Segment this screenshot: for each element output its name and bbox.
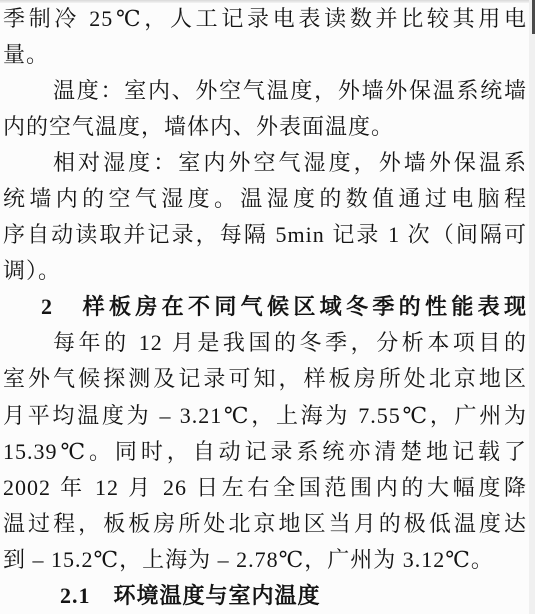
section-2-heading: 2 样板房在不同气候区域冬季的性能表现 — [0, 289, 535, 325]
body-line: 到 – 15.2℃，上海为 – 2.78℃，广州为 3.12℃。 — [0, 542, 535, 578]
text-block: 季制冷 25℃，人工记录电表读数并比较其用电 量。 温度：室内、外空气温度，外墙… — [0, 1, 535, 614]
body-line: 序自动读取并记录，每隔 5min 记录 1 次（间隔可 — [0, 217, 535, 253]
body-line: 月平均温度为 – 3.21℃，上海为 7.55℃，广州为 — [0, 398, 535, 434]
body-line: 相对湿度：室内外空气湿度，外墙外保温系 — [0, 145, 535, 181]
body-line: 调）。 — [0, 253, 535, 289]
body-line: 每年的 12 月是我国的冬季，分析本项目的 — [0, 325, 535, 361]
body-line: 内的空气温度，墙体内、外表面温度。 — [0, 109, 535, 145]
body-line: 量。 — [0, 37, 535, 73]
body-line: 季制冷 25℃，人工记录电表读数并比较其用电 — [0, 1, 535, 37]
body-line: 温过程，板板房所处北京地区当月的极低温度达 — [0, 506, 535, 542]
body-line: 温度：室内、外空气温度，外墙外保温系统墙 — [0, 73, 535, 109]
document-page: 季制冷 25℃，人工记录电表读数并比较其用电 量。 温度：室内、外空气温度，外墙… — [0, 0, 535, 614]
body-line: 2002 年 12 月 26 日左右全国范围内的大幅度降 — [0, 470, 535, 506]
body-line: 统墙内的空气湿度。温湿度的数值通过电脑程 — [0, 181, 535, 217]
section-2-1-heading: 2.1 环境温度与室内温度 — [0, 578, 535, 614]
body-line: 15.39℃。同时，自动记录系统亦清楚地记载了 — [0, 434, 535, 470]
body-line: 室外气候探测及记录可知，样板房所处北京地区 — [0, 361, 535, 397]
